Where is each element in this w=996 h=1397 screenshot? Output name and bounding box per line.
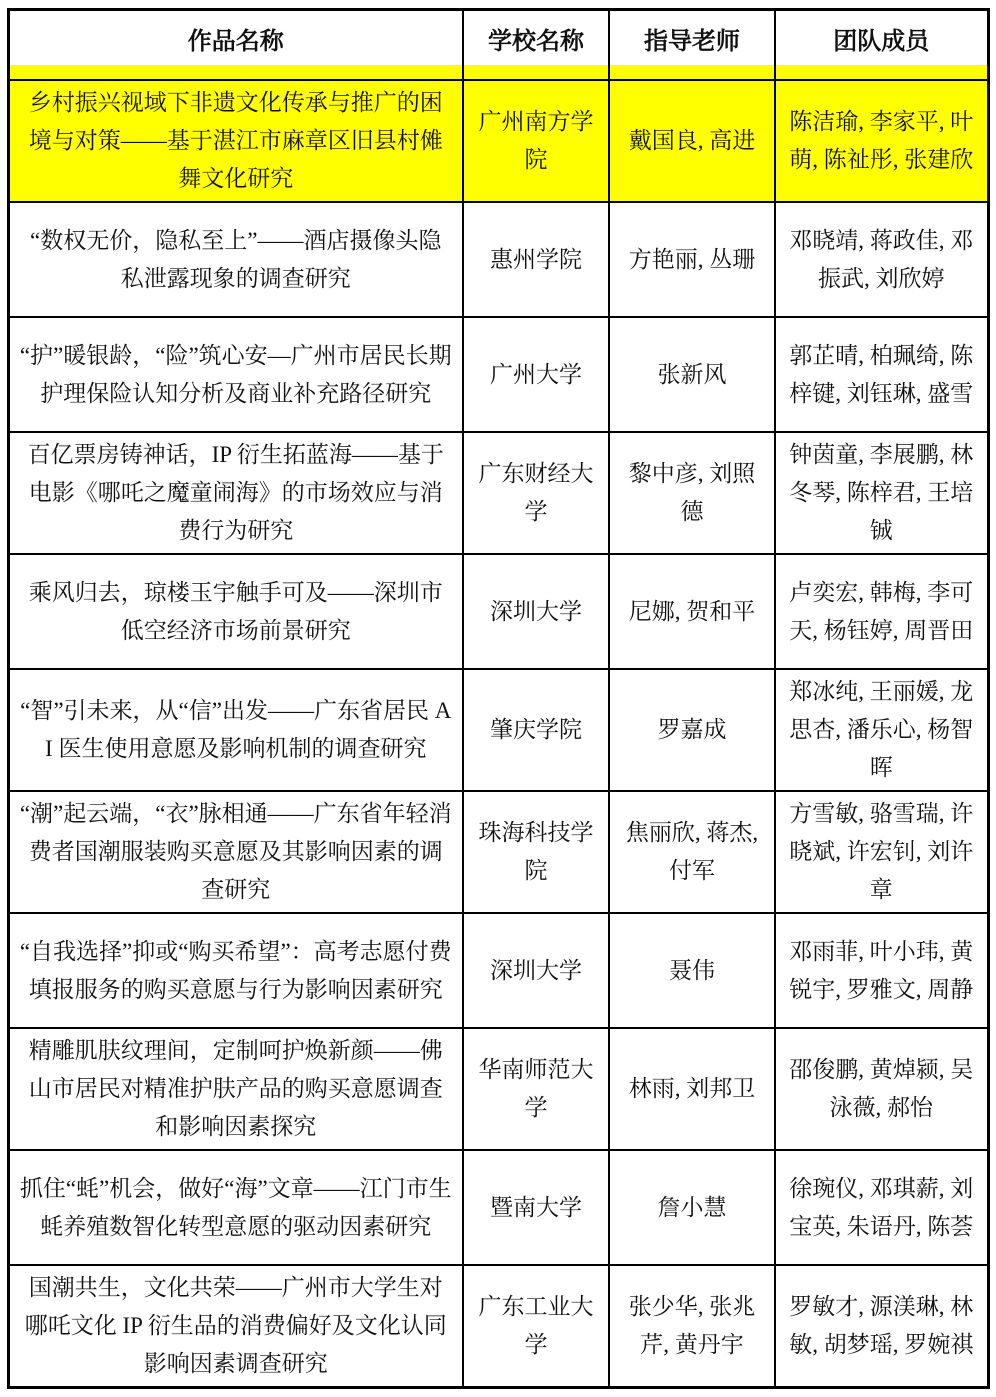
spacer-cell	[775, 65, 988, 80]
school-cell: 肇庆学院	[463, 669, 609, 791]
school-cell: 深圳大学	[463, 554, 609, 669]
work-title-cell: 乡村振兴视域下非遗文化传承与推广的困境与对策——基于湛江市麻章区旧县村傩舞文化研…	[8, 80, 463, 202]
members-cell: 郑冰纯, 王丽媛, 龙思杏, 潘乐心, 杨智晖	[775, 669, 988, 791]
table-row: “智”引未来，从“信”出发——广东省居民 AI 医生使用意愿及影响机制的调查研究…	[8, 669, 988, 791]
members-cell: 邓雨菲, 叶小玮, 黄锐宇, 罗雅文, 周静	[775, 913, 988, 1028]
advisor-cell: 张新风	[609, 317, 775, 432]
work-title-cell: “自我选择”抑或“购买希望”：高考志愿付费填报服务的购买意愿与行为影响因素研究	[8, 913, 463, 1028]
table-row: 乘风归去，琼楼玉宇触手可及——深圳市低空经济市场前景研究 深圳大学 尼娜, 贺和…	[8, 554, 988, 669]
advisor-cell: 罗嘉成	[609, 669, 775, 791]
school-cell: 广州南方学院	[463, 80, 609, 202]
table-row: “潮”起云端，“衣”脉相通——广东省年轻消费者国潮服装购买意愿及其影响因素的调查…	[8, 791, 988, 913]
advisor-cell: 张少华, 张兆芹, 黄丹宇	[609, 1265, 775, 1388]
highlight-spacer-row	[8, 65, 988, 80]
work-title-cell: 精雕肌肤纹理间，定制呵护焕新颜——佛山市居民对精准护肤产品的购买意愿调查和影响因…	[8, 1028, 463, 1150]
projects-table: 作品名称 学校名称 指导老师 团队成员 乡村振兴视域下非遗文化传承与推广的困境与…	[7, 8, 990, 1389]
table-row: 乡村振兴视域下非遗文化传承与推广的困境与对策——基于湛江市麻章区旧县村傩舞文化研…	[8, 80, 988, 202]
members-cell: 钟茵童, 李展鹏, 林冬琴, 陈梓君, 王培铖	[775, 432, 988, 554]
school-cell: 珠海科技学院	[463, 791, 609, 913]
school-cell: 广东工业大学	[463, 1265, 609, 1388]
members-cell: 邓晓靖, 蒋政佳, 邓振武, 刘欣婷	[775, 202, 988, 317]
spacer-cell	[609, 65, 775, 80]
table-row: 精雕肌肤纹理间，定制呵护焕新颜——佛山市居民对精准护肤产品的购买意愿调查和影响因…	[8, 1028, 988, 1150]
work-title-cell: “数权无价，隐私至上”——酒店摄像头隐私泄露现象的调查研究	[8, 202, 463, 317]
advisor-cell: 戴国良, 高进	[609, 80, 775, 202]
spacer-cell	[8, 65, 463, 80]
school-cell: 暨南大学	[463, 1150, 609, 1265]
members-cell: 方雪敏, 骆雪瑞, 许晓斌, 许宏钊, 刘许章	[775, 791, 988, 913]
work-title-cell: “护”暖银龄，“险”筑心安—广州市居民长期护理保险认知分析及商业补充路径研究	[8, 317, 463, 432]
school-cell: 广东财经大学	[463, 432, 609, 554]
advisor-cell: 焦丽欣, 蒋杰, 付军	[609, 791, 775, 913]
work-title-cell: 乘风归去，琼楼玉宇触手可及——深圳市低空经济市场前景研究	[8, 554, 463, 669]
members-cell: 郭芷晴, 柏珮绮, 陈梓键, 刘钰琳, 盛雪	[775, 317, 988, 432]
table-row: 国潮共生，文化共荣——广州市大学生对哪吒文化 IP 衍生品的消费偏好及文化认同影…	[8, 1265, 988, 1388]
work-title-cell: “潮”起云端，“衣”脉相通——广东省年轻消费者国潮服装购买意愿及其影响因素的调查…	[8, 791, 463, 913]
work-title-cell: “智”引未来，从“信”出发——广东省居民 AI 医生使用意愿及影响机制的调查研究	[8, 669, 463, 791]
header-team-members: 团队成员	[775, 10, 988, 66]
spacer-cell	[463, 65, 609, 80]
advisor-cell: 方艳丽, 丛珊	[609, 202, 775, 317]
table-row: 百亿票房铸神话，IP 衍生拓蓝海——基于电影《哪吒之魔童闹海》的市场效应与消费行…	[8, 432, 988, 554]
advisor-cell: 聂伟	[609, 913, 775, 1028]
header-work-title: 作品名称	[8, 10, 463, 66]
work-title-cell: 国潮共生，文化共荣——广州市大学生对哪吒文化 IP 衍生品的消费偏好及文化认同影…	[8, 1265, 463, 1388]
table-row: 抓住“蚝”机会，做好“海”文章——江门市生蚝养殖数智化转型意愿的驱动因素研究 暨…	[8, 1150, 988, 1265]
table-row: “自我选择”抑或“购买希望”：高考志愿付费填报服务的购买意愿与行为影响因素研究 …	[8, 913, 988, 1028]
members-cell: 陈洁瑜, 李家平, 叶萌, 陈祉彤, 张建欣	[775, 80, 988, 202]
header-advisor: 指导老师	[609, 10, 775, 66]
table-row: “数权无价，隐私至上”——酒店摄像头隐私泄露现象的调查研究 惠州学院 方艳丽, …	[8, 202, 988, 317]
school-cell: 广州大学	[463, 317, 609, 432]
school-cell: 深圳大学	[463, 913, 609, 1028]
members-cell: 徐琬仪, 邓琪薪, 刘宝英, 朱语丹, 陈荟	[775, 1150, 988, 1265]
members-cell: 罗敏才, 源渼琳, 林敏, 胡梦瑶, 罗婉祺	[775, 1265, 988, 1388]
table-header-row: 作品名称 学校名称 指导老师 团队成员	[8, 10, 988, 66]
advisor-cell: 林雨, 刘邦卫	[609, 1028, 775, 1150]
school-cell: 惠州学院	[463, 202, 609, 317]
members-cell: 邵俊鹏, 黄焯颍, 吴泳薇, 郝怡	[775, 1028, 988, 1150]
table-row: “护”暖银龄，“险”筑心安—广州市居民长期护理保险认知分析及商业补充路径研究 广…	[8, 317, 988, 432]
work-title-cell: 百亿票房铸神话，IP 衍生拓蓝海——基于电影《哪吒之魔童闹海》的市场效应与消费行…	[8, 432, 463, 554]
advisor-cell: 黎中彦, 刘照德	[609, 432, 775, 554]
members-cell: 卢奕宏, 韩梅, 李可天, 杨钰婷, 周晋田	[775, 554, 988, 669]
work-title-cell: 抓住“蚝”机会，做好“海”文章——江门市生蚝养殖数智化转型意愿的驱动因素研究	[8, 1150, 463, 1265]
school-cell: 华南师范大学	[463, 1028, 609, 1150]
header-school-name: 学校名称	[463, 10, 609, 66]
advisor-cell: 尼娜, 贺和平	[609, 554, 775, 669]
advisor-cell: 詹小慧	[609, 1150, 775, 1265]
